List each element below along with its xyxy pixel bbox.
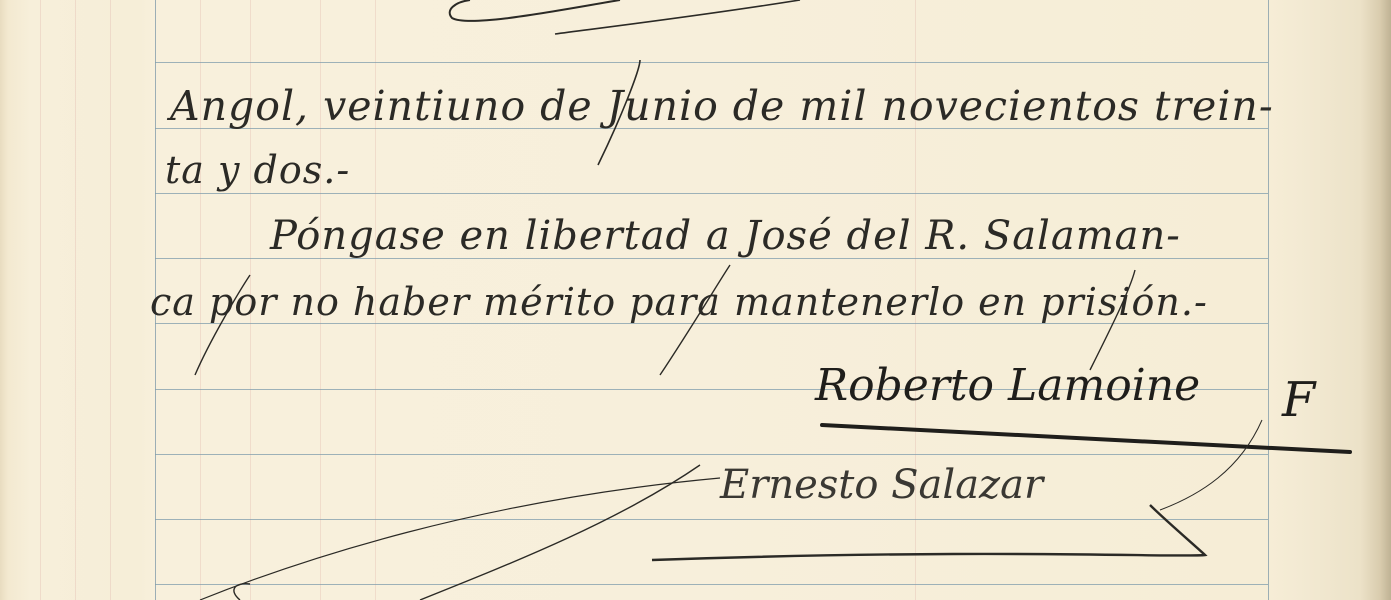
text-line-2: ta y dos.- xyxy=(165,148,350,192)
signature-roberto-lamoine: Roberto Lamoine xyxy=(815,360,1200,411)
text-line-3: Póngase en libertad a José del R. Salama… xyxy=(270,213,1181,259)
text-line-4: ca por no haber mérito para mantenerlo e… xyxy=(150,280,1208,324)
text-line-1: Angol, veintiuno de Junio de mil novecie… xyxy=(170,82,1274,130)
signature-ernesto-salazar: Ernesto Salazar xyxy=(720,462,1043,508)
ledger-page: Angol, veintiuno de Junio de mil novecie… xyxy=(0,0,1391,600)
signature-flourish: F xyxy=(1282,372,1315,428)
